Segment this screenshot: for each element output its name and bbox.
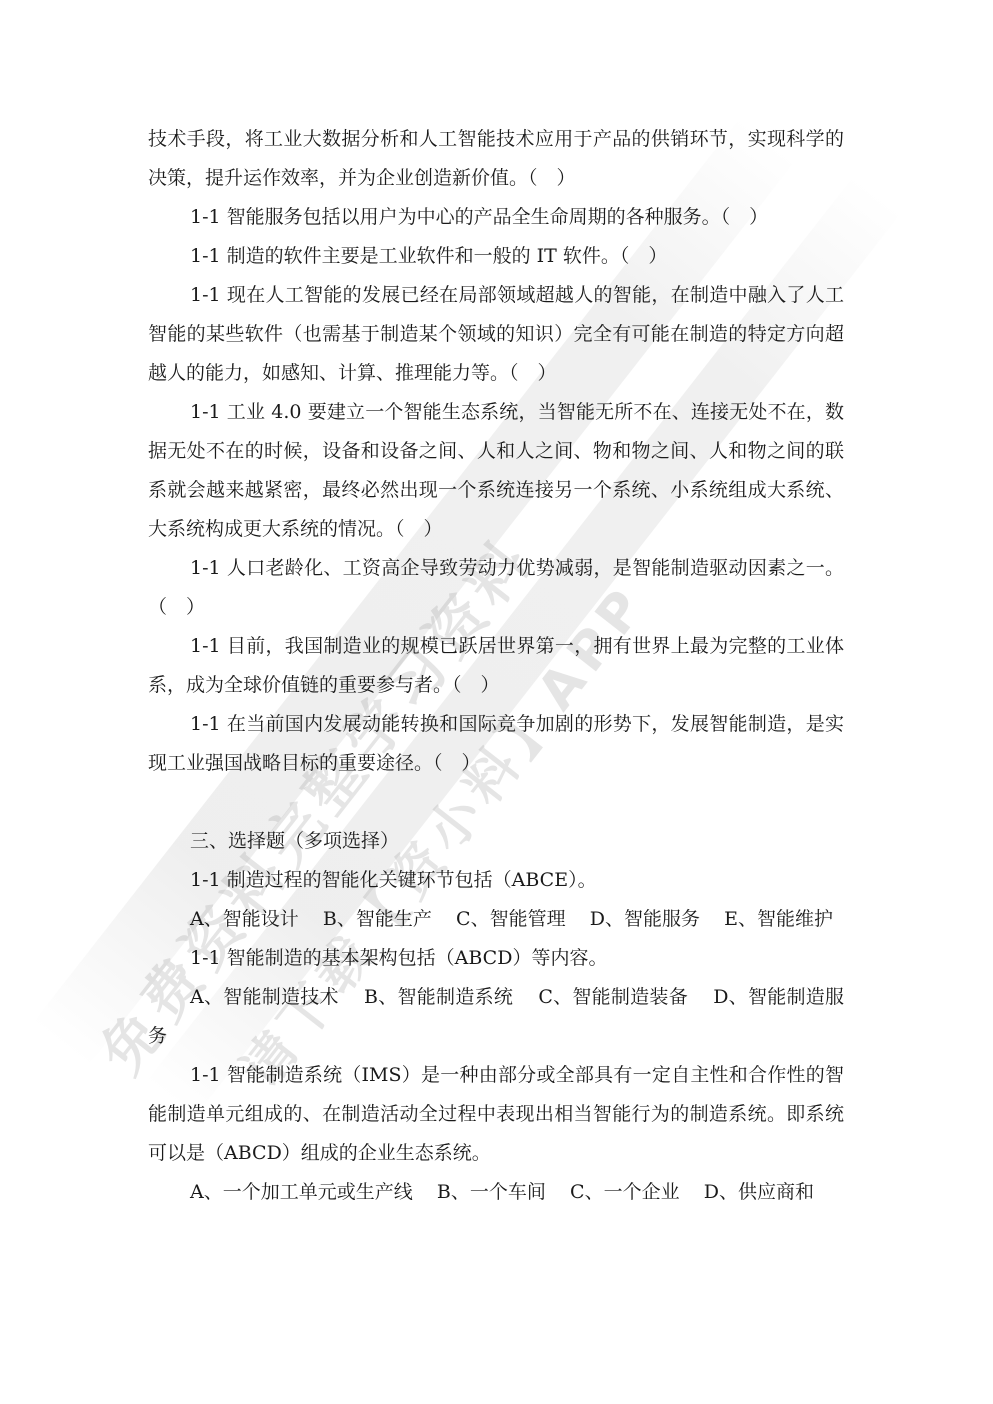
true-false-item: 1-1 目前，我国制造业的规模已跃居世界第一，拥有世界上最为完整的工业体系，成为… (148, 627, 844, 705)
option-b: B、一个车间 (413, 1181, 546, 1203)
option-b: B、智能制造系统 (339, 986, 513, 1008)
option-a: A、智能设计 (190, 908, 299, 930)
option-a: A、智能制造技术 (190, 986, 339, 1008)
document-page: 技术手段，将工业大数据分析和人工智能技术应用于产品的供销环节，实现科学的决策，提… (148, 120, 844, 1212)
option-d: D、智能服务 (566, 908, 700, 930)
option-c: C、智能制造装备 (513, 986, 688, 1008)
section-gap (148, 783, 844, 822)
option-c: C、一个企业 (546, 1181, 680, 1203)
paragraph-continuation: 技术手段，将工业大数据分析和人工智能技术应用于产品的供销环节，实现科学的决策，提… (148, 120, 844, 198)
section-heading: 三、选择题（多项选择） (148, 822, 844, 861)
question-stem: 1-1 智能制造系统（IMS）是一种由部分或全部具有一定自主性和合作性的智能制造… (148, 1056, 844, 1173)
true-false-item: 1-1 智能服务包括以用户为中心的产品全生命周期的各种服务。（ ） (148, 198, 844, 237)
true-false-item: 1-1 制造的软件主要是工业软件和一般的 IT 软件。（ ） (148, 237, 844, 276)
option-e: E、智能维护 (700, 908, 833, 930)
option-d: D、供应商和 (680, 1181, 814, 1203)
question-stem: 1-1 智能制造的基本架构包括（ABCD）等内容。 (148, 939, 844, 978)
question-options: A、一个加工单元或生产线B、一个车间C、一个企业D、供应商和 (148, 1173, 844, 1212)
question-options: A、智能设计B、智能生产C、智能管理D、智能服务E、智能维护 (148, 900, 844, 939)
question-options: A、智能制造技术B、智能制造系统C、智能制造装备D、智能制造服务 (148, 978, 844, 1056)
option-a: A、一个加工单元或生产线 (190, 1181, 413, 1203)
true-false-item: 1-1 人口老龄化、工资高企导致劳动力优势减弱，是智能制造驱动因素之一。（ ） (148, 549, 844, 627)
true-false-item: 1-1 工业 4.0 要建立一个智能生态系统，当智能无所不在、连接无处不在，数据… (148, 393, 844, 549)
true-false-item: 1-1 在当前国内发展动能转换和国际竞争加剧的形势下，发展智能制造，是实现工业强… (148, 705, 844, 783)
question-stem: 1-1 制造过程的智能化关键环节包括（ABCE）。 (148, 861, 844, 900)
true-false-item: 1-1 现在人工智能的发展已经在局部领域超越人的智能，在制造中融入了人工智能的某… (148, 276, 844, 393)
option-c: C、智能管理 (432, 908, 566, 930)
option-b: B、智能生产 (299, 908, 432, 930)
